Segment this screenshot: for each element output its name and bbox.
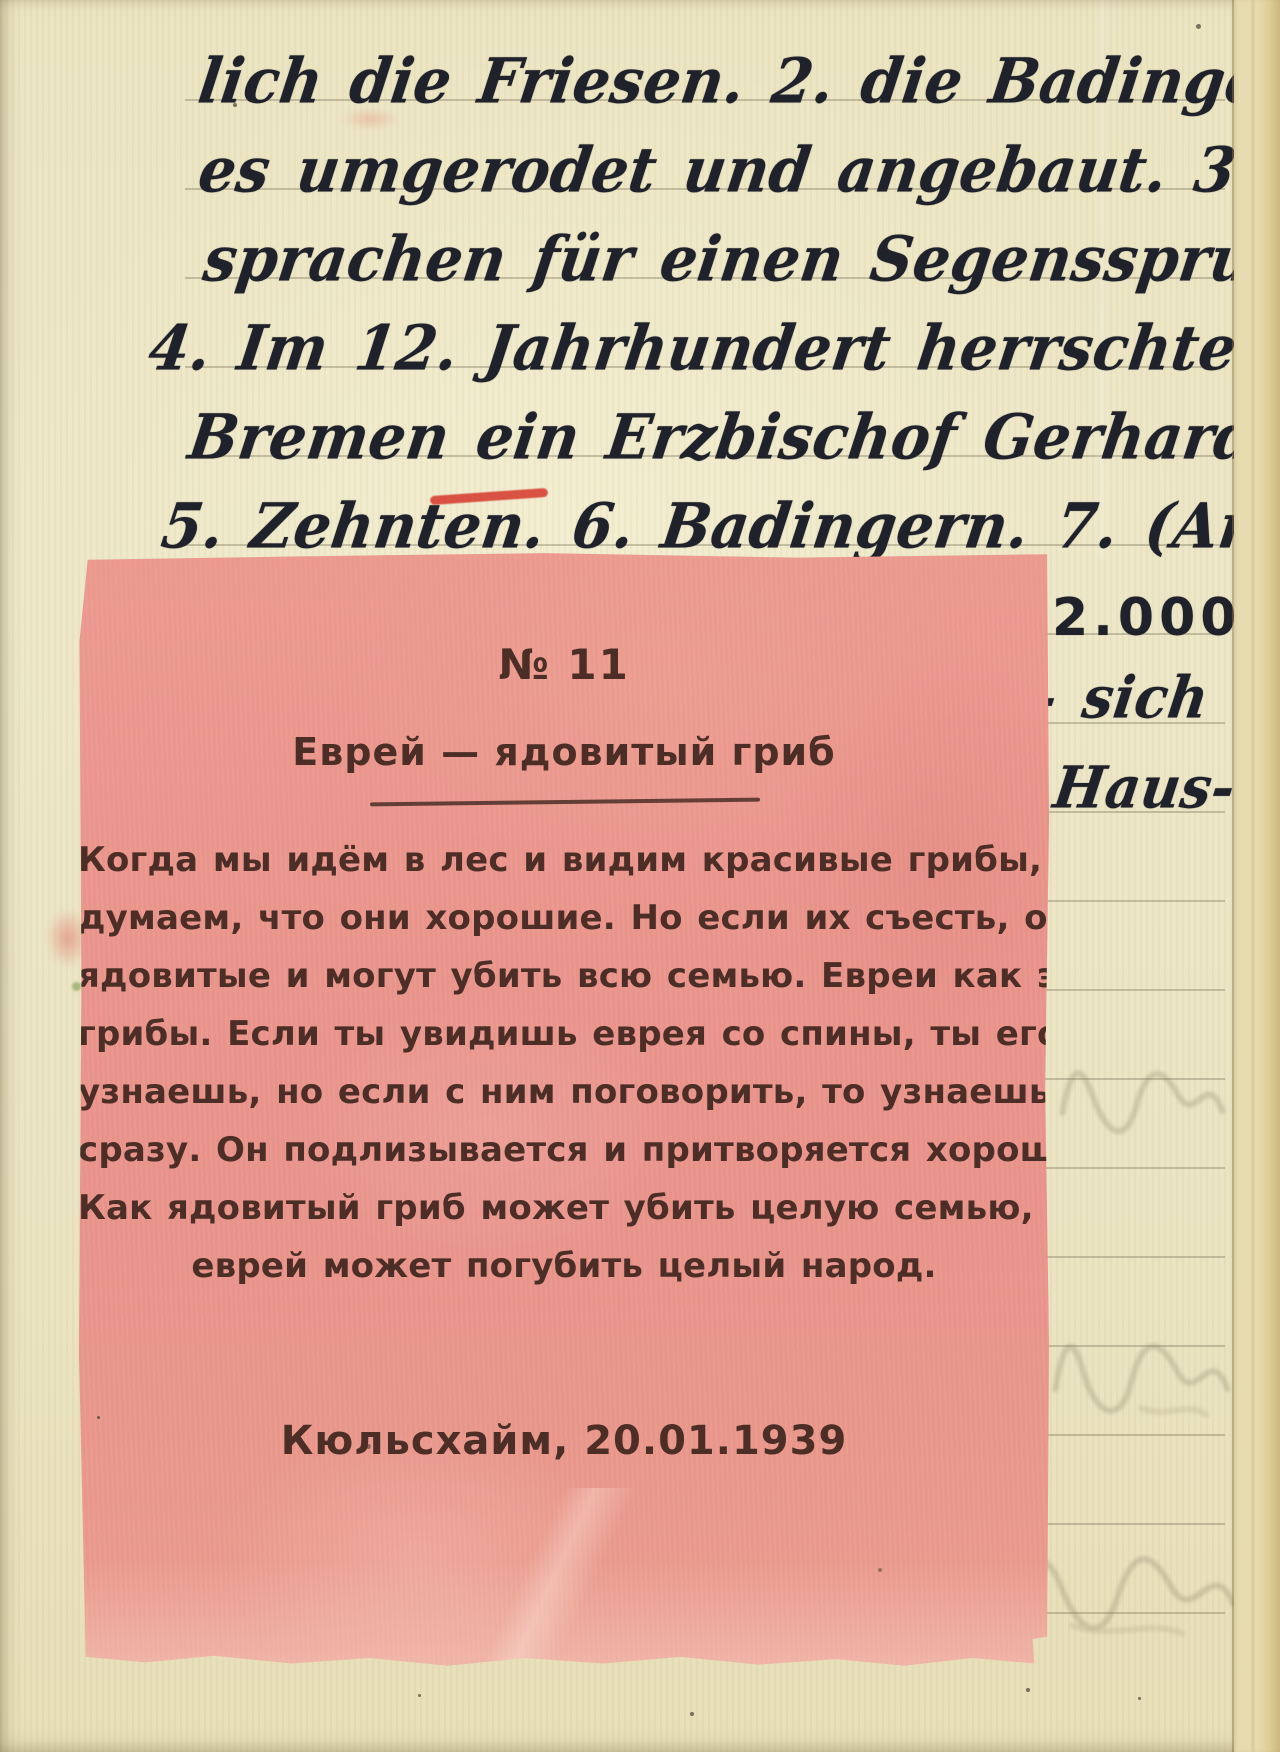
handwritten-german-line: lich die Friesen. 2. die Badinger haben xyxy=(195,50,1280,112)
book-page-edge xyxy=(1232,0,1280,1752)
handwritten-german-line: Bremen ein Erzbischof Gerhard II. xyxy=(185,406,1280,468)
note-body-line: ядовитые и могут убить всю семью. Евреи … xyxy=(78,956,1050,996)
note-body-line: грибы. Если ты увидишь еврея со спины, т… xyxy=(78,1014,1050,1054)
ink-speck xyxy=(690,1712,694,1716)
ink-speck xyxy=(1196,24,1201,29)
green-speck xyxy=(72,982,81,991)
handwritten-german-line: es umgerodet und angebaut. 3. xyxy=(195,139,1261,201)
handwritten-german-line: sprachen für einen Segensspruch. xyxy=(200,228,1280,290)
note-body-line: еврей может погубить целый народ. xyxy=(78,1246,1050,1286)
pasted-pink-note: № 11 Еврей — ядовитый гриб Когда мы идём… xyxy=(78,552,1050,1668)
bleedthrough-ghost-writing xyxy=(1056,1049,1229,1150)
handwritten-number-fragment: 2.000 xyxy=(1052,588,1241,648)
handwritten-german-line: 4. Im 12. Jahrhundert herrschte im xyxy=(145,317,1280,379)
page-edge-ridge xyxy=(1252,0,1254,1752)
handwritten-german-line: 5. Zehnten. 6. Badingern. 7. (Amt! Zehn- xyxy=(158,495,1280,557)
ink-speck xyxy=(1138,1697,1141,1700)
note-body-line: сразу. Он подлизывается и притворяется х… xyxy=(78,1130,1050,1170)
note-body-line: Как ядовитый гриб может убить целую семь… xyxy=(78,1188,1050,1228)
title-underline xyxy=(370,798,760,807)
note-dateline: Кюльсхайм, 20.01.1939 xyxy=(78,1418,1050,1464)
ink-speck xyxy=(97,1416,100,1419)
ink-speck xyxy=(366,1444,371,1449)
scanned-notebook-page: lich die Friesen. 2. die Badinger haben … xyxy=(0,0,1280,1752)
handwritten-german-fragment: - sich xyxy=(1030,668,1212,726)
note-body-line: думаем, что они хорошие. Но если их съес… xyxy=(78,898,1050,938)
note-body-line: узнаешь, но если с ним поговорить, то уз… xyxy=(78,1072,1050,1112)
bleedthrough-ghost-writing xyxy=(1048,1319,1237,1435)
ink-speck xyxy=(418,1694,421,1697)
note-body-line: Когда мы идём в лес и видим красивые гри… xyxy=(78,840,1050,880)
note-title: Еврей — ядовитый гриб xyxy=(78,730,1050,774)
ink-speck xyxy=(233,103,237,107)
ink-speck xyxy=(878,1568,882,1572)
ink-speck xyxy=(1026,1688,1030,1692)
note-number: № 11 xyxy=(78,640,1050,689)
